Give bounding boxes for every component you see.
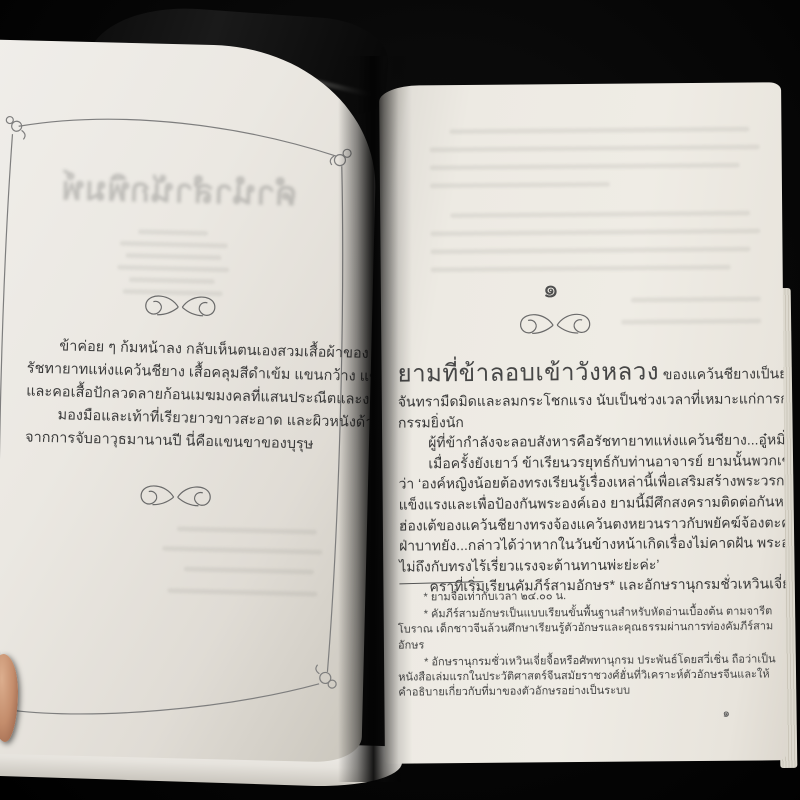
showthrough-title: คำนำสำนักพิมพ์ xyxy=(59,161,300,220)
footnotes: * ยามจื่อเท่ากับเวลา ๒๔.๐๐ น. * คัมภีร์ส… xyxy=(397,587,776,703)
footnote: * ยามจื่อเท่ากับเวลา ๒๔.๐๐ น. xyxy=(397,587,775,606)
chapter-number: ๑ xyxy=(381,267,721,311)
footnote: * อักษรานุกรมชั่วเหวินเจี่ยจื้อหรือศัพทา… xyxy=(398,652,776,701)
flourish-divider xyxy=(138,291,223,323)
flourish-divider xyxy=(133,481,218,513)
right-page: ๑ ยามที่ข้าลอบเข้าวังหลวง ของแคว้นชียางเ… xyxy=(379,82,787,763)
frame-corner-ornament xyxy=(315,665,336,688)
flourish-divider xyxy=(513,310,597,341)
left-page-paragraph: ข้าค่อย ๆ ก้มหน้าลง กลับเห็นตนเองสวมเสื้… xyxy=(25,335,338,458)
showthrough-line xyxy=(430,182,610,189)
page-number: ๑ xyxy=(722,705,729,723)
showthrough-line xyxy=(430,228,760,236)
frame-corner-ornament xyxy=(6,116,26,139)
text-line: ผู้ที่ข้ากำลังจะลอบสังหารคือรัชทายาทแห่ง… xyxy=(398,430,772,454)
showthrough-line xyxy=(450,211,750,219)
footnote: * คัมภีร์สามอักษรเป็นแบบเรียนขั้นพื้นฐาน… xyxy=(398,605,776,654)
opening-large-text: ยามที่ข้าลอบเข้าวังหลวง xyxy=(397,358,659,387)
left-page: คำนำสำนักพิมพ์ ข้าค่อย ๆ ก้มหน้าลง กลับเ… xyxy=(0,39,379,763)
showthrough-line xyxy=(430,163,740,171)
book-photo-scene: คำนำสำนักพิมพ์ ข้าค่อย ๆ ก้มหน้าลง กลับเ… xyxy=(0,0,800,800)
chapter-opening: ยามที่ข้าลอบเข้าวังหลวง ของแคว้นชียางเป็… xyxy=(397,350,777,392)
frame-corner-ornament xyxy=(330,149,351,166)
showthrough-line xyxy=(430,247,750,255)
showthrough-line xyxy=(449,127,749,135)
text-line: แข็งแรงและเพื่อป้องกันพระองค์เอง ยามนี้ม… xyxy=(399,491,773,515)
opening-rest-text: ของแคว้นชียางเป็นยามจื่อ* xyxy=(659,365,787,382)
text-line: ฝ่าบาทยัง...กล่าวได้ว่าหากในวันข้างหน้าเ… xyxy=(399,533,773,557)
text-line: จันทรามืดมิดและลมกระโชกแรง นับเป็นช่วงเว… xyxy=(398,388,772,412)
showthrough-line xyxy=(621,318,761,324)
right-page-paragraphs: จันทรามืดมิดและลมกระโชกแรง นับเป็นช่วงเว… xyxy=(398,388,774,597)
showthrough-line xyxy=(430,144,760,152)
